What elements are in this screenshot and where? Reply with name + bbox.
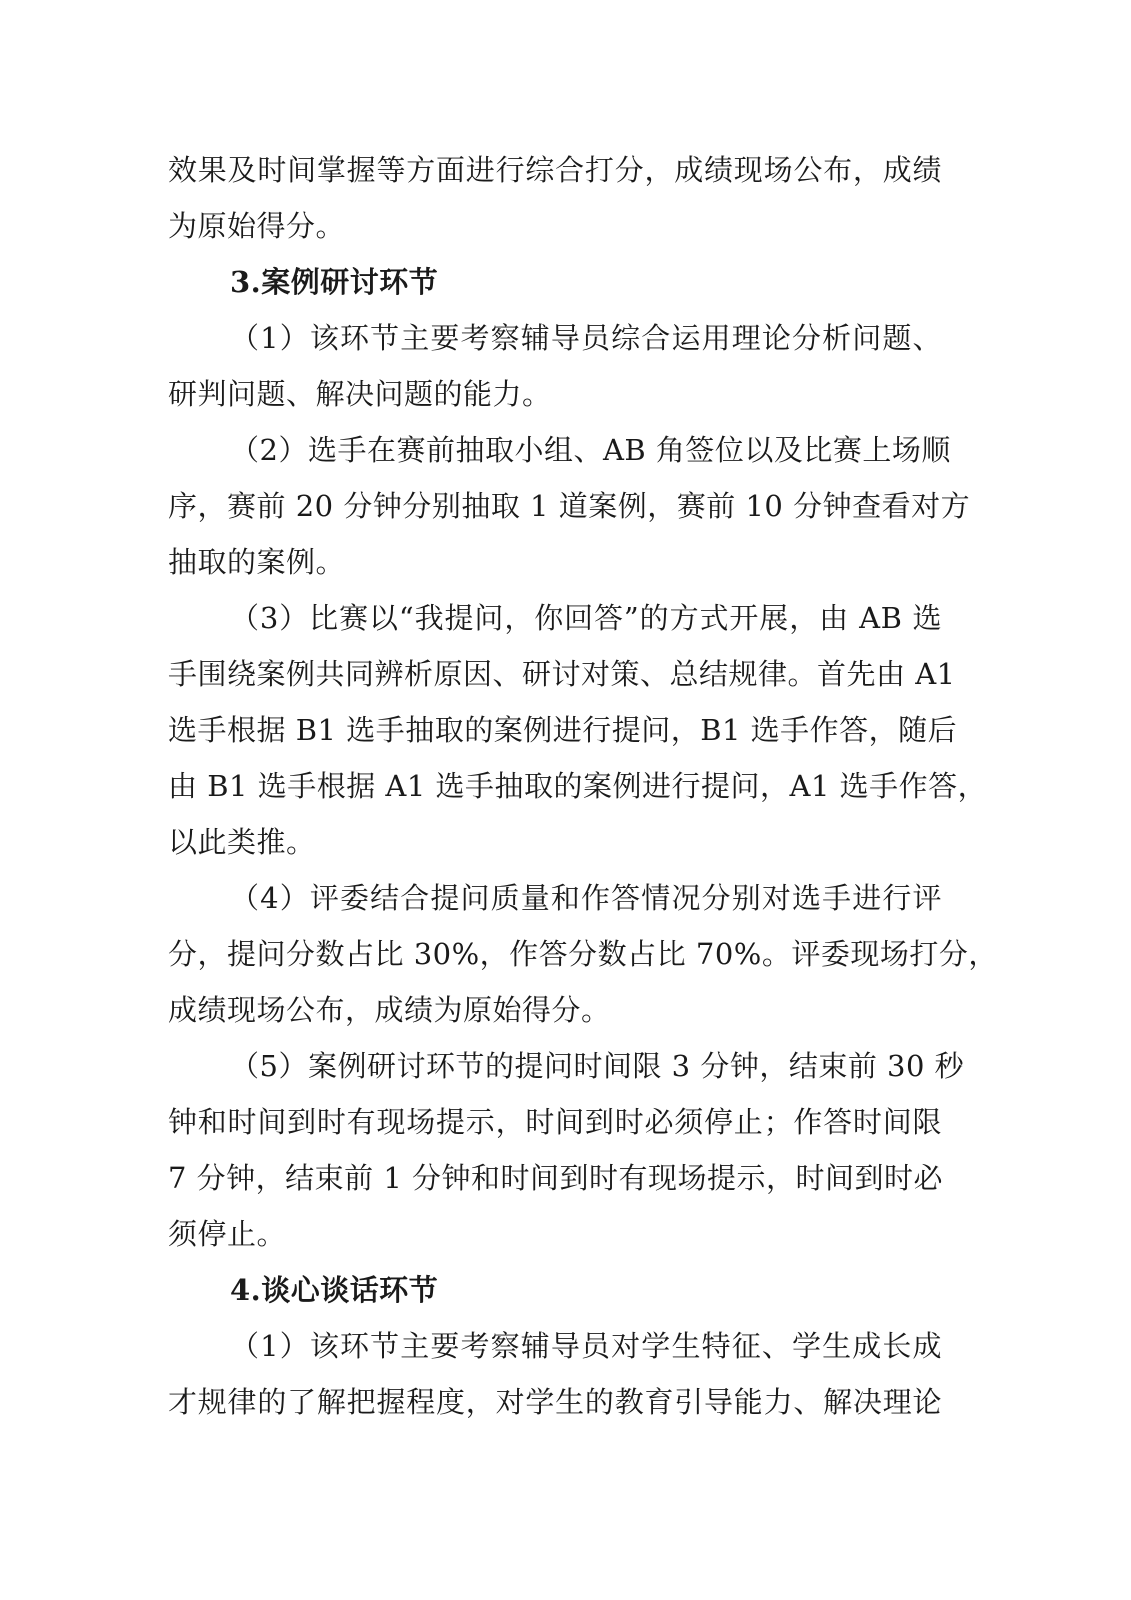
text-line: 序，赛前 20 分钟分别抽取 1 道案例，赛前 10 分钟查看对方 bbox=[168, 478, 942, 534]
paragraph-3-4: （4）评委结合提问质量和作答情况分别对选手进行评 分，提问分数占比 30%，作答… bbox=[168, 870, 942, 1038]
text-line: （1）该环节主要考察辅导员综合运用理论分析问题、 bbox=[168, 310, 942, 366]
text-line: 成绩现场公布，成绩为原始得分。 bbox=[168, 982, 942, 1038]
text-line: 选手根据 B1 选手抽取的案例进行提问，B1 选手作答，随后 bbox=[168, 702, 942, 758]
text-line: 须停止。 bbox=[168, 1206, 942, 1262]
text-line: 由 B1 选手根据 A1 选手抽取的案例进行提问，A1 选手作答， bbox=[168, 758, 942, 814]
text-line: 为原始得分。 bbox=[168, 198, 942, 254]
text-line: 7 分钟，结束前 1 分钟和时间到时有现场提示，时间到时必 bbox=[168, 1150, 942, 1206]
text-line: 手围绕案例共同辨析原因、研讨对策、总结规律。首先由 A1 bbox=[168, 646, 942, 702]
text-line: 抽取的案例。 bbox=[168, 534, 942, 590]
text-line: 以此类推。 bbox=[168, 814, 942, 870]
text-line: 钟和时间到时有现场提示，时间到时必须停止；作答时间限 bbox=[168, 1094, 942, 1150]
document-page: 效果及时间掌握等方面进行综合打分，成绩现场公布，成绩 为原始得分。 3.案例研讨… bbox=[168, 142, 942, 1430]
paragraph-3-3: （3）比赛以“我提问，你回答”的方式开展，由 AB 选 手围绕案例共同辨析原因、… bbox=[168, 590, 942, 870]
text-line: （3）比赛以“我提问，你回答”的方式开展，由 AB 选 bbox=[168, 590, 942, 646]
text-line: 效果及时间掌握等方面进行综合打分，成绩现场公布，成绩 bbox=[168, 142, 942, 198]
paragraph-3-1: （1）该环节主要考察辅导员综合运用理论分析问题、 研判问题、解决问题的能力。 bbox=[168, 310, 942, 422]
text-line: 才规律的了解把握程度，对学生的教育引导能力、解决理论 bbox=[168, 1374, 942, 1430]
text-line: （4）评委结合提问质量和作答情况分别对选手进行评 bbox=[168, 870, 942, 926]
section-heading-3: 3.案例研讨环节 bbox=[168, 254, 942, 310]
text-line: 研判问题、解决问题的能力。 bbox=[168, 366, 942, 422]
paragraph-continuation: 效果及时间掌握等方面进行综合打分，成绩现场公布，成绩 为原始得分。 bbox=[168, 142, 942, 254]
paragraph-3-2: （2）选手在赛前抽取小组、AB 角签位以及比赛上场顺 序，赛前 20 分钟分别抽… bbox=[168, 422, 942, 590]
text-line: （2）选手在赛前抽取小组、AB 角签位以及比赛上场顺 bbox=[168, 422, 942, 478]
text-line: （1）该环节主要考察辅导员对学生特征、学生成长成 bbox=[168, 1318, 942, 1374]
paragraph-4-1: （1）该环节主要考察辅导员对学生特征、学生成长成 才规律的了解把握程度，对学生的… bbox=[168, 1318, 942, 1430]
section-heading-4: 4.谈心谈话环节 bbox=[168, 1262, 942, 1318]
text-line: 分，提问分数占比 30%，作答分数占比 70%。评委现场打分， bbox=[168, 926, 942, 982]
text-line: （5）案例研讨环节的提问时间限 3 分钟，结束前 30 秒 bbox=[168, 1038, 942, 1094]
paragraph-3-5: （5）案例研讨环节的提问时间限 3 分钟，结束前 30 秒 钟和时间到时有现场提… bbox=[168, 1038, 942, 1262]
